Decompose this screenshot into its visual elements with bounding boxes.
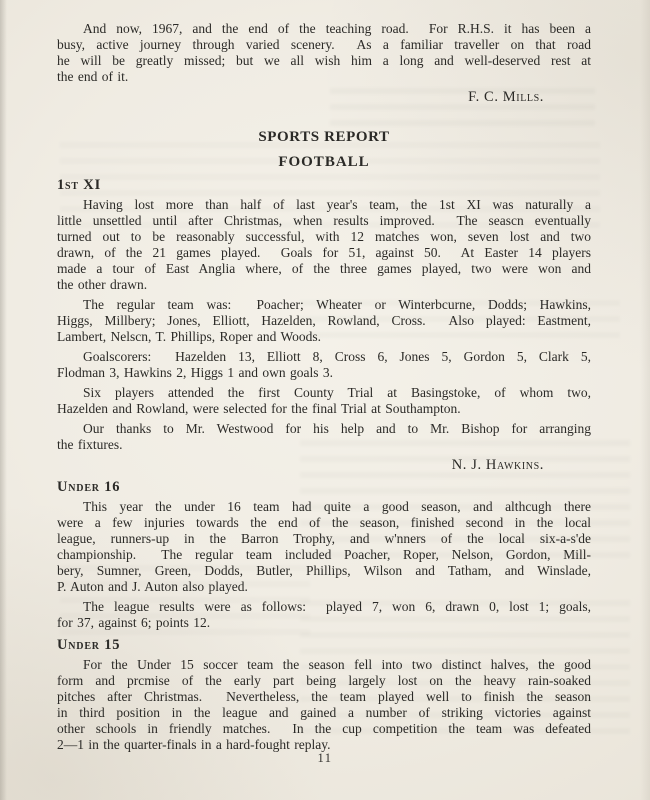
text-line: turned out to be reasonably successful, … [57,229,591,245]
text-line: Lambert, Nelscn, T. Phillips, Roper and … [57,329,591,345]
first-xi-paragraph-4: Six players attended the first County Tr… [57,385,591,417]
text-line: in third position in the league and gain… [57,705,591,721]
text-line: Our thanks to Mr. Westwood for his help … [57,421,591,437]
text-line: little unsettled until after Christmas, … [57,213,591,229]
text-line: The league results were as follows: play… [57,599,591,615]
heading-under-16: Under 16 [57,479,591,495]
football-subtitle: FOOTBALL [57,154,591,171]
text-line: Six players attended the first County Tr… [57,385,591,401]
text-line: busy, active journey through varied scen… [57,37,591,53]
text-line: were a few injuries towards the end of t… [57,515,591,531]
text-line: Having lost more than half of last year'… [57,197,591,213]
intro-paragraph: And now, 1967, and the end of the teachi… [57,21,591,85]
text-line: form and prcmise of the early part being… [57,673,591,689]
text-line: the other drawn. [57,277,591,293]
first-xi-paragraph-5: Our thanks to Mr. Westwood for his help … [57,421,591,453]
text-line: Higgs, Millbery; Jones, Elliott, Hazelde… [57,313,591,329]
text-line: the end of it. [57,69,591,85]
heading-under-15: Under 15 [57,637,591,653]
text-line: P. Auton and J. Auton also played. [57,579,591,595]
text-line: bery, Sumner, Green, Dodds, Butler, Phil… [57,563,591,579]
text-line: Goalscorers: Hazelden 13, Elliott 8, Cro… [57,349,591,365]
text-line: And now, 1967, and the end of the teachi… [57,21,591,37]
signature-hawkins: N. J. Hawkins. [57,457,591,473]
page-content: And now, 1967, and the end of the teachi… [57,21,591,757]
text-line: championship. The regular team included … [57,547,591,563]
text-line: This year the under 16 team had quite a … [57,499,591,515]
page-number: 11 [0,751,650,766]
text-line: drawn, of the 21 games played. Goals for… [57,245,591,261]
text-line: league, runners-up in the Barron Trophy,… [57,531,591,547]
text-line: For the Under 15 soccer team the season … [57,657,591,673]
first-xi-paragraph-3: Goalscorers: Hazelden 13, Elliott 8, Cro… [57,349,591,381]
signature-mills: F. C. Mills. [57,89,591,105]
heading-first-xi: 1st XI [57,177,591,193]
text-line: for 37, against 6; points 12. [57,615,591,631]
under-16-paragraph-1: This year the under 16 team had quite a … [57,499,591,595]
first-xi-paragraph-2: The regular team was: Poacher; Wheater o… [57,297,591,345]
under-15-paragraph-1: For the Under 15 soccer team the season … [57,657,591,753]
text-line: other schools in friendly matches. In th… [57,721,591,737]
text-line: Flodman 3, Hawkins 2, Higgs 1 and own go… [57,365,591,381]
scanned-document-page: And now, 1967, and the end of the teachi… [0,0,650,800]
sports-report-title: SPORTS REPORT [57,129,591,146]
text-line: pitches after Christmas. Nevertheless, t… [57,689,591,705]
text-line: he will be greatly missed; but we all wi… [57,53,591,69]
text-line: made a tour of East Anglia where, of the… [57,261,591,277]
text-line: Hazelden and Rowland, were selected for … [57,401,591,417]
text-line: the fixtures. [57,437,591,453]
text-line: The regular team was: Poacher; Wheater o… [57,297,591,313]
under-16-paragraph-2: The league results were as follows: play… [57,599,591,631]
first-xi-paragraph-1: Having lost more than half of last year'… [57,197,591,293]
